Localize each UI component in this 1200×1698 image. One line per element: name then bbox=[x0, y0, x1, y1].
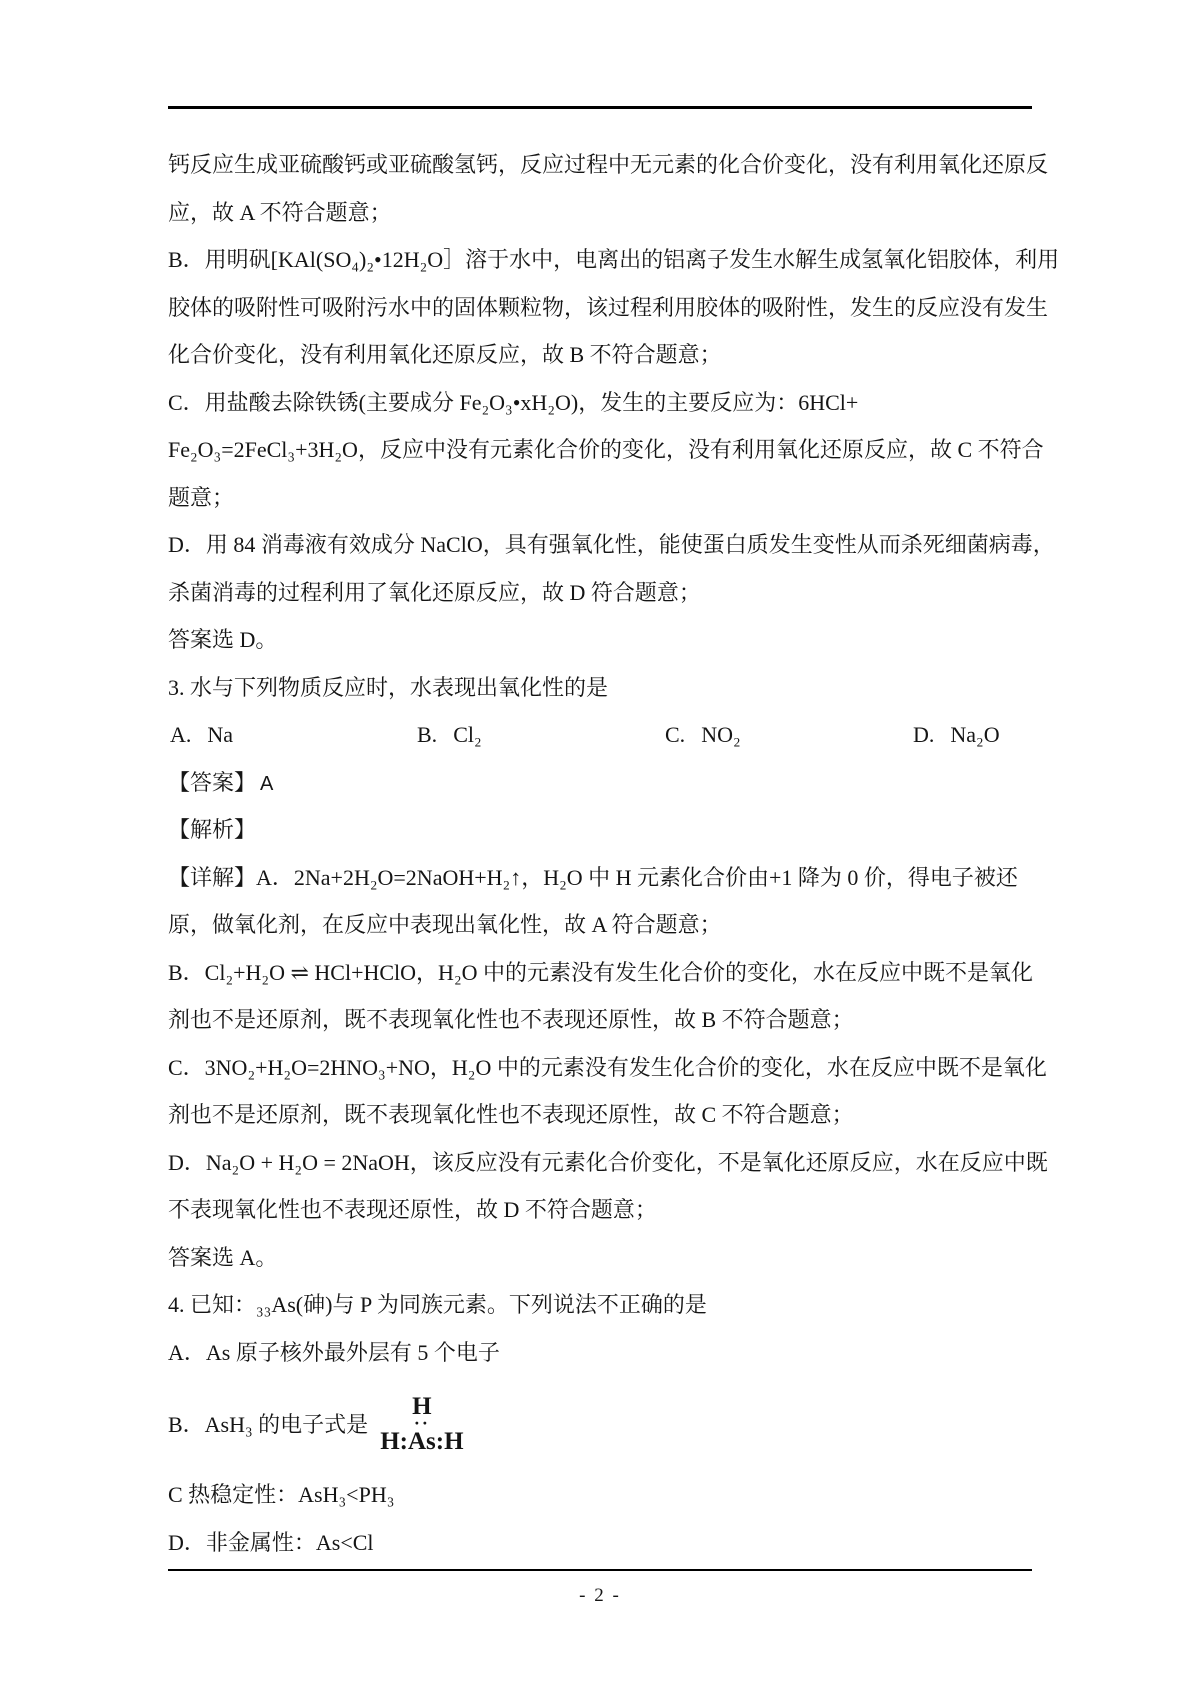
answer-value: A bbox=[260, 773, 273, 795]
q4-option-d: D．非金属性：As<Cl bbox=[168, 1519, 1032, 1567]
option-label: D. bbox=[913, 722, 934, 747]
q3-expl-line: C．3NO₂+H₂O=2HNO₃+NO，H₂O 中的元素没有发生化合价的变化，水… bbox=[168, 1044, 1032, 1092]
option-label: B. bbox=[417, 722, 437, 747]
option-label: C. bbox=[665, 722, 685, 747]
q2-expl-line: 杀菌消毒的过程利用了氧化还原反应，故 D 符合题意； bbox=[168, 569, 1032, 617]
q2-expl-line: 钙反应生成亚硫酸钙或亚硫酸氢钙，反应过程中无元素的化合价变化，没有利用氧化还原反 bbox=[168, 141, 1032, 189]
q3-expl-line: B．Cl₂+H₂O ⇌ HCl+HClO，H₂O 中的元素没有发生化合价的变化，… bbox=[168, 949, 1032, 997]
q2-answer-line: 答案选 D。 bbox=[168, 616, 1032, 664]
q3-option-d: D.Na₂O bbox=[913, 711, 1000, 759]
formula-bond-dots: ·· bbox=[414, 1419, 430, 1429]
electron-dot-formula: H ·· H:As:H bbox=[380, 1394, 463, 1454]
q2-expl-line: 胶体的吸附性可吸附污水中的固体颗粒物，该过程利用胶体的吸附性，发生的反应没有发生 bbox=[168, 284, 1032, 332]
q4-stem: 4. 已知：₃₃As(砷)与 P 为同族元素。下列说法不正确的是 bbox=[168, 1281, 1032, 1329]
q3-expl-line: 不表现氧化性也不表现还原性，故 D 不符合题意； bbox=[168, 1186, 1032, 1234]
q4-option-b: B．AsH₃ 的电子式是 H ·· H:As:H bbox=[168, 1376, 1032, 1471]
option-text: Na bbox=[207, 722, 233, 747]
q2-expl-line: 题意； bbox=[168, 474, 1032, 522]
formula-main-row: H:As:H bbox=[380, 1429, 463, 1454]
header-rule bbox=[168, 106, 1032, 109]
q3-answer-select-line: 答案选 A。 bbox=[168, 1234, 1032, 1282]
footer-rule bbox=[168, 1569, 1032, 1571]
q4-option-a: A．As 原子核外最外层有 5 个电子 bbox=[168, 1329, 1032, 1377]
q3-stem: 3. 水与下列物质反应时，水表现出氧化性的是 bbox=[168, 664, 1032, 712]
q2-expl-line: B．用明矾[KAl(SO₄)₂•12H₂O］溶于水中，电离出的铝离子发生水解生成… bbox=[168, 236, 1032, 284]
option-label: A. bbox=[170, 722, 191, 747]
q3-options-row: A.Na B.Cl₂ C.NO₂ D.Na₂O bbox=[168, 711, 1032, 759]
q2-expl-line: D．用 84 消毒液有效成分 NaClO，具有强氧化性，能使蛋白质发生变性从而杀… bbox=[168, 521, 1032, 569]
q2-expl-line: Fe₂O₃=2FeCl₃+3H₂O，反应中没有元素化合价的变化，没有利用氧化还原… bbox=[168, 426, 1032, 474]
option-text: Cl₂ bbox=[453, 722, 481, 747]
page-content: 钙反应生成亚硫酸钙或亚硫酸氢钙，反应过程中无元素的化合价变化，没有利用氧化还原反… bbox=[168, 141, 1032, 1566]
q3-option-b: B.Cl₂ bbox=[417, 711, 482, 759]
q3-option-a: A.Na bbox=[170, 711, 233, 759]
exam-document-page: 钙反应生成亚硫酸钙或亚硫酸氢钙，反应过程中无元素的化合价变化，没有利用氧化还原反… bbox=[0, 0, 1200, 1698]
q3-expl-line: 【详解】A．2Na+2H₂O=2NaOH+H₂↑，H₂O 中 H 元素化合价由+… bbox=[168, 854, 1032, 902]
q3-answer-line: 【答案】A bbox=[168, 759, 1032, 807]
q4-option-b-text: B．AsH₃ 的电子式是 bbox=[168, 1408, 368, 1439]
option-text: NO₂ bbox=[701, 722, 740, 747]
option-text: Na₂O bbox=[950, 722, 999, 747]
q4-option-c: C 热稳定性：AsH₃<PH₃ bbox=[168, 1471, 1032, 1519]
q2-expl-line: 化合价变化，没有利用氧化还原反应，故 B 不符合题意； bbox=[168, 331, 1032, 379]
q2-expl-line: C．用盐酸去除铁锈(主要成分 Fe₂O₃•xH₂O)，发生的主要反应为：6HCl… bbox=[168, 379, 1032, 427]
q3-expl-line: D．Na₂O + H₂O = 2NaOH，该反应没有元素化合价变化，不是氧化还原… bbox=[168, 1139, 1032, 1187]
q3-option-c: C.NO₂ bbox=[665, 711, 741, 759]
q2-expl-line: 应，故 A 不符合题意； bbox=[168, 189, 1032, 237]
q3-expl-line: 剂也不是还原剂，既不表现氧化性也不表现还原性，故 B 不符合题意； bbox=[168, 996, 1032, 1044]
q3-expl-line: 剂也不是还原剂，既不表现氧化性也不表现还原性，故 C 不符合题意； bbox=[168, 1091, 1032, 1139]
q3-analysis-label: 【解析】 bbox=[168, 806, 1032, 854]
page-number: - 2 - bbox=[0, 1585, 1200, 1607]
q3-expl-line: 原，做氧化剂，在反应中表现出氧化性，故 A 符合题意； bbox=[168, 901, 1032, 949]
